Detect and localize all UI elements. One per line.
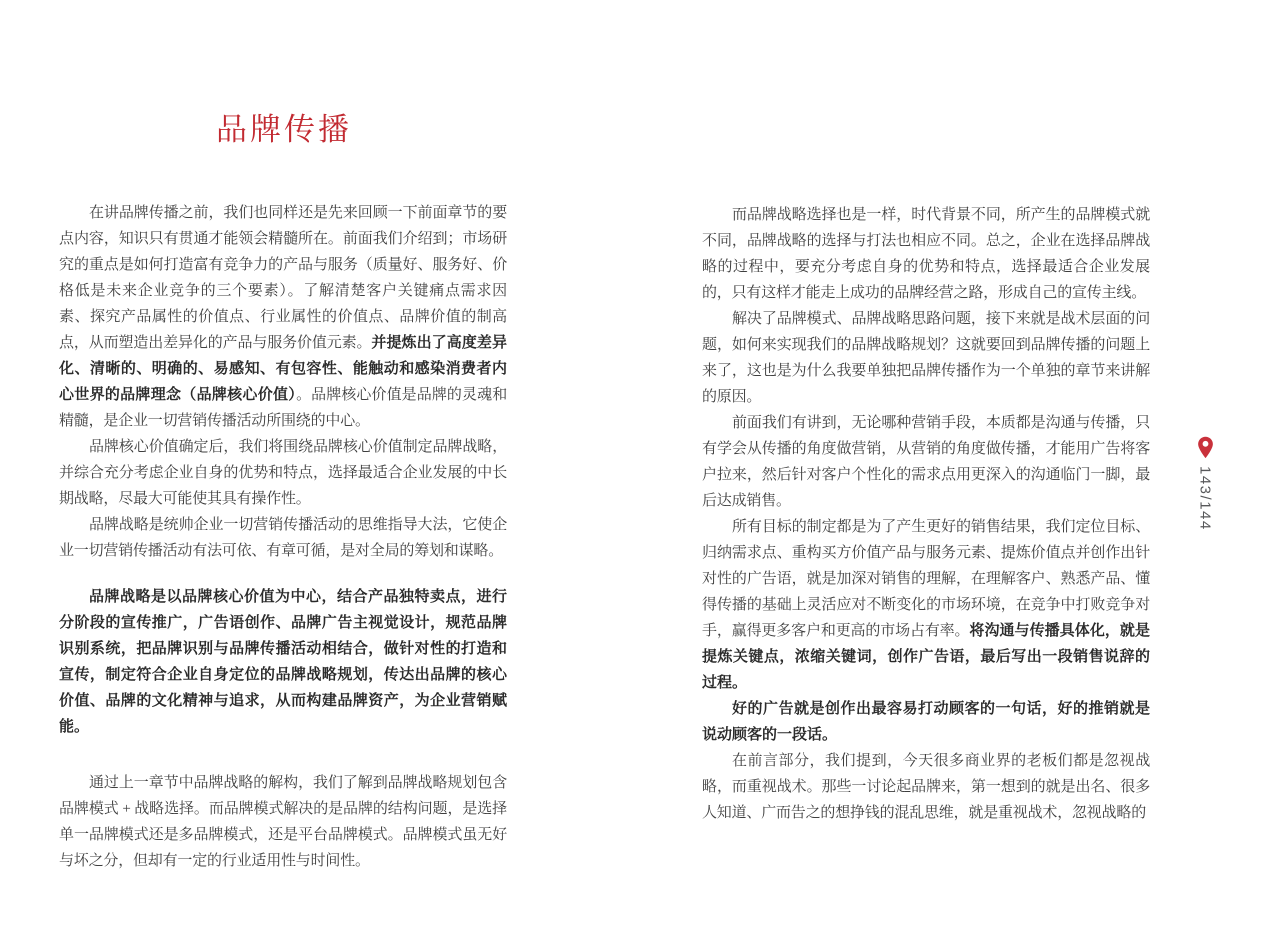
body-text: 在前言部分，我们提到，今天很多商业界的老板们都是忽视战略，而重视战术。那些一讨论… [702,753,1150,821]
left-text-column: 在讲品牌传播之前，我们也同样还是先来回顾一下前面章节的要点内容，知识只有贯通才能… [59,200,507,874]
paragraph: 在前言部分，我们提到，今天很多商业界的老板们都是忽视战略，而重视战术。那些一讨论… [702,748,1150,826]
paragraph: 在讲品牌传播之前，我们也同样还是先来回顾一下前面章节的要点内容，知识只有贯通才能… [59,200,507,434]
chapter-title: 品牌传播 [216,104,352,149]
paragraph: 通过上一章节中品牌战略的解构，我们了解到品牌战略规划包含品牌模式 + 战略选择。… [59,770,507,874]
right-text-column: 而品牌战略选择也是一样，时代背景不同，所产生的品牌模式就不同，品牌战略的选择与打… [702,202,1150,826]
paragraph: 好的广告就是创作出最容易打动顾客的一句话，好的推销就是说动顾客的一段话。 [702,696,1150,748]
paragraph: 品牌战略是统帅企业一切营销传播活动的思维指导大法，它使企业一切营销传播活动有法可… [59,512,507,564]
paragraph: 品牌战略是以品牌核心价值为中心，结合产品独特卖点，进行分阶段的宣传推广，广告语创… [59,584,507,740]
page-number: 143/144 [1197,466,1214,531]
body-text: 所有目标的制定都是为了产生更好的销售结果，我们定位目标、归纳需求点、重构买方价值… [702,519,1150,639]
body-text: 通过上一章节中品牌战略的解构，我们了解到品牌战略规划包含品牌模式 + 战略选择。… [59,775,507,869]
emphasis-text: 品牌战略是以品牌核心价值为中心，结合产品独特卖点，进行分阶段的宣传推广，广告语创… [59,588,507,735]
paragraph: 而品牌战略选择也是一样，时代背景不同，所产生的品牌模式就不同，品牌战略的选择与打… [702,202,1150,306]
emphasis-text: 好的广告就是创作出最容易打动顾客的一句话，好的推销就是说动顾客的一段话。 [702,700,1150,743]
body-text: 解决了品牌模式、品牌战略思路问题，接下来就是战术层面的问题，如何来实现我们的品牌… [702,311,1150,405]
paragraph: 品牌核心价值确定后，我们将围绕品牌核心价值制定品牌战略，并综合充分考虑企业自身的… [59,434,507,512]
body-text: 而品牌战略选择也是一样，时代背景不同，所产生的品牌模式就不同，品牌战略的选择与打… [702,207,1150,301]
location-pin-icon [1197,436,1214,459]
body-text: 前面我们有讲到，无论哪种营销手段，本质都是沟通与传播，只有学会从传播的角度做营销… [702,415,1150,509]
book-page: 品牌传播 在讲品牌传播之前，我们也同样还是先来回顾一下前面章节的要点内容，知识只… [0,0,1280,927]
body-text: 在讲品牌传播之前，我们也同样还是先来回顾一下前面章节的要点内容，知识只有贯通才能… [59,205,507,351]
paragraph: 前面我们有讲到，无论哪种营销手段，本质都是沟通与传播，只有学会从传播的角度做营销… [702,410,1150,514]
page-marker: 143/144 [1190,436,1220,531]
body-text: 品牌核心价值确定后，我们将围绕品牌核心价值制定品牌战略，并综合充分考虑企业自身的… [59,439,507,507]
body-text: 品牌战略是统帅企业一切营销传播活动的思维指导大法，它使企业一切营销传播活动有法可… [59,517,507,559]
paragraph: 解决了品牌模式、品牌战略思路问题，接下来就是战术层面的问题，如何来实现我们的品牌… [702,306,1150,410]
paragraph: 所有目标的制定都是为了产生更好的销售结果，我们定位目标、归纳需求点、重构买方价值… [702,514,1150,696]
